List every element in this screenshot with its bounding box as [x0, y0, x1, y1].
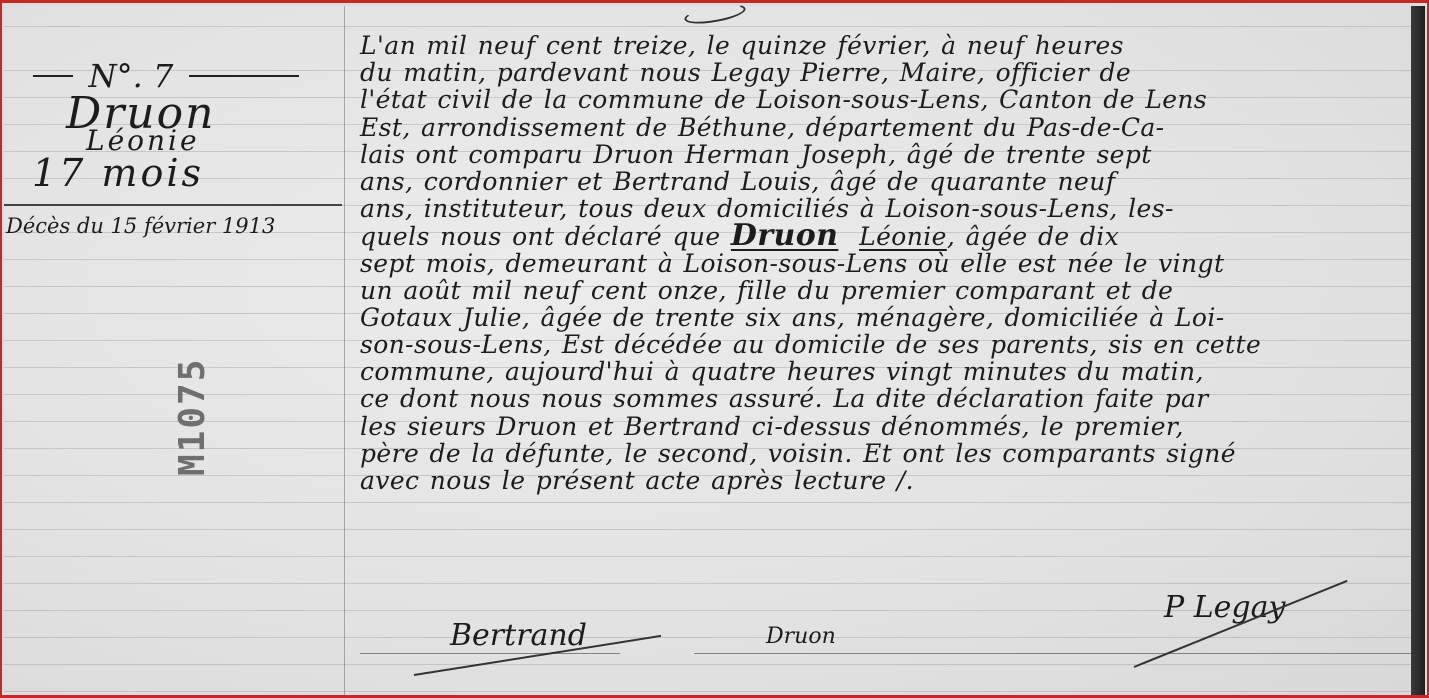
body-line: un août mil neuf cent onze, fille du pre… [360, 277, 1410, 304]
entry-rule-left [33, 75, 73, 77]
entry-rule-right [189, 75, 299, 77]
body-line-lead: quels nous ont déclaré que [360, 222, 731, 251]
body-line-tail: , âgée de dix [947, 222, 1119, 251]
scan-edge-shadow [1411, 6, 1425, 698]
body-line: ans, instituteur, tous deux domiciliés à… [360, 195, 1410, 222]
body-line: sept mois, demeurant à Loison-sous-Lens … [360, 250, 1410, 277]
body-line: les sieurs Druon et Bertrand ci-dessus d… [360, 413, 1410, 440]
body-line: son-sous-Lens, Est décédée au domicile d… [360, 331, 1410, 358]
signature-rule [360, 653, 620, 654]
death-date-note: Décès du 15 février 1913 [6, 214, 275, 238]
body-line: commune, aujourd'hui à quatre heures vin… [360, 358, 1410, 385]
margin-column: N°. 7 Druon Léonie 17 mois Décès du 15 f… [4, 6, 342, 698]
ledger-page: N°. 7 Druon Léonie 17 mois Décès du 15 f… [4, 6, 1415, 698]
body-line: ce dont nous nous sommes assuré. La dite… [360, 385, 1410, 412]
signature-druon: Druon [766, 624, 836, 649]
signature-rule [694, 653, 1414, 654]
margin-age: 17 mois [32, 151, 204, 195]
top-pen-flourish [683, 1, 747, 28]
body-line: L'an mil neuf cent treize, le quinze fév… [360, 32, 1410, 59]
archive-stamp: M1075 [172, 358, 213, 476]
body-line-declared: quels nous ont déclaré que Druon Léonie,… [360, 222, 1410, 249]
body-line: Gotaux Julie, âgée de trente six ans, mé… [360, 304, 1410, 331]
document-frame: N°. 7 Druon Léonie 17 mois Décès du 15 f… [0, 0, 1429, 698]
body-line: lais ont comparu Druon Herman Joseph, âg… [360, 141, 1410, 168]
body-line: du matin, pardevant nous Legay Pierre, M… [360, 59, 1410, 86]
body-line: Est, arrondissement de Béthune, départem… [360, 114, 1410, 141]
margin-divider [4, 204, 342, 206]
deceased-first-name: Léonie [859, 222, 947, 251]
body-line: avec nous le présent acte après lecture … [360, 467, 1410, 494]
signature-mayor: P Legay [1164, 590, 1285, 625]
body-line: ans, cordonnier et Bertrand Louis, âgé d… [360, 168, 1410, 195]
record-body: L'an mil neuf cent treize, le quinze fév… [360, 32, 1410, 494]
body-line: l'état civil de la commune de Loison-sou… [360, 86, 1410, 113]
signature-bertrand: Bertrand [450, 618, 587, 653]
body-line: père de la défunte, le second, voisin. E… [360, 440, 1410, 467]
margin-rule [344, 6, 345, 698]
